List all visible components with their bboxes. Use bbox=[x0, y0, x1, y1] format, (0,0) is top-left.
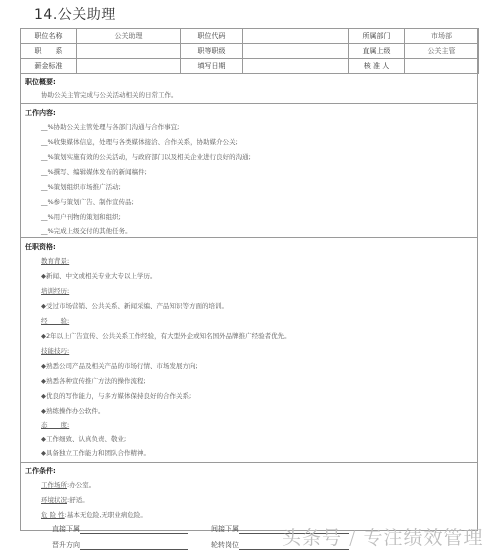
attitude-label: 态 度: bbox=[41, 420, 69, 429]
duty-item: __%完成上级交付的其他任务。 bbox=[41, 226, 132, 235]
promotion-blank[interactable] bbox=[80, 541, 188, 550]
header-row: 职位名称 公关助理 职位代码 所属部门 市场部 bbox=[21, 29, 479, 44]
label-position-code: 职位代码 bbox=[181, 29, 243, 44]
value-fill-date bbox=[243, 59, 349, 74]
env-label: 环境状况 bbox=[41, 496, 67, 504]
label-job-family: 职 系 bbox=[21, 44, 77, 59]
skill-item: ◆熟悉公司产品及相关产品的市场行情、市场发展方向; bbox=[41, 361, 198, 370]
header-table: 职位名称 公关助理 职位代码 所属部门 市场部 职 系 职等职级 直属上级 公关… bbox=[20, 28, 479, 74]
label-position-name: 职位名称 bbox=[21, 29, 77, 44]
label-department: 所属部门 bbox=[349, 29, 405, 44]
promotion-field: 晋升方向 bbox=[52, 540, 188, 550]
label-fill-date: 填写日期 bbox=[181, 59, 243, 74]
value-department: 市场部 bbox=[405, 29, 479, 44]
qualifications-section: 任职资格: 教育背景: ◆新闻、中文或相关专业大专以上学历。 培训经历: ◆受过… bbox=[21, 237, 477, 433]
danger-label: 危 险 性 bbox=[41, 511, 65, 519]
label-salary: 薪金标准 bbox=[21, 59, 77, 74]
promotion-label: 晋升方向 bbox=[52, 541, 80, 549]
value-supervisor: 公关主管 bbox=[405, 44, 479, 59]
value-position-code bbox=[243, 29, 349, 44]
indirect-subordinate-label: 间接下属 bbox=[211, 525, 239, 533]
duty-item: __%策划实施有效的公关活动，与政府部门以及相关企业进行良好的沟通; bbox=[41, 152, 251, 161]
direct-subordinate-field: 直接下属 bbox=[52, 524, 188, 534]
summary-section: 职位概要: 协助公关主管完成与公关活动相关的日常工作。 bbox=[21, 73, 477, 103]
education-label: 教育背景: bbox=[41, 256, 69, 265]
skill-item: ◆熟练操作办公软件。 bbox=[41, 406, 105, 415]
duty-item: __%策划组织市场推广活动; bbox=[41, 182, 121, 191]
value-grade bbox=[243, 44, 349, 59]
value-approver bbox=[405, 59, 479, 74]
place-label: 工作场所 bbox=[41, 481, 67, 489]
duty-item: __%用户刊物的策划和组织; bbox=[41, 212, 121, 221]
document-title: 14.公关助理 bbox=[34, 4, 116, 24]
education-text: ◆新闻、中文或相关专业大专以上学历。 bbox=[41, 271, 157, 280]
duty-item: __%收集媒体信息，处理与各类媒体接洽、合作关系，协助媒介公关; bbox=[41, 137, 238, 146]
experience-text: ◆2年以上广告宣传、公共关系工作经验，有大型外企或知名国外品牌推广经验者优先。 bbox=[41, 331, 291, 340]
condition-env: 环境状况:舒适。 bbox=[41, 495, 89, 504]
condition-place: 工作场所:办公室。 bbox=[41, 480, 95, 489]
training-text: ◆受过市场营销、公共关系、新闻采编、产品知识等方面的培训。 bbox=[41, 301, 228, 310]
experience-label: 经 验: bbox=[41, 316, 69, 325]
summary-title: 职位概要: bbox=[25, 77, 56, 87]
skill-item: ◆熟悉各种宣传推广方法的操作流程; bbox=[41, 376, 146, 385]
duty-item: __%协助公关主管处理与各部门沟通与合作事宜; bbox=[41, 122, 179, 131]
header-row: 职 系 职等职级 直属上级 公关主管 bbox=[21, 44, 479, 59]
danger-value: :基本无危险,无职业病危险。 bbox=[65, 511, 147, 519]
skill-item: ◆优良的写作能力，与多方媒体保持良好的合作关系; bbox=[41, 391, 191, 400]
value-job-family bbox=[77, 44, 181, 59]
conditions-title: 工作条件: bbox=[25, 466, 56, 476]
attitude-item: ◆工作细致、认真负责、敬业; bbox=[41, 434, 126, 443]
direct-subordinate-blank[interactable] bbox=[80, 525, 188, 534]
watermark: 头条号 / 专注绩效管理 bbox=[282, 523, 483, 550]
env-value: :舒适。 bbox=[67, 496, 89, 504]
header-row: 薪金标准 填写日期 核 准 人 bbox=[21, 59, 479, 74]
label-approver: 核 准 人 bbox=[349, 59, 405, 74]
duties-section: 工作内容: __%协助公关主管处理与各部门沟通与合作事宜; __%收集媒体信息，… bbox=[21, 103, 477, 232]
rotation-label: 轮转岗位 bbox=[211, 541, 239, 549]
conditions-section: 工作条件: 工作场所:办公室。 环境状况:舒适。 危 险 性:基本无危险,无职业… bbox=[21, 462, 477, 531]
attitude-item: ◆具备独立工作能力和团队合作精神。 bbox=[41, 448, 150, 457]
skills-label: 技能技巧: bbox=[41, 346, 69, 355]
value-position-name: 公关助理 bbox=[77, 29, 181, 44]
label-grade: 职等职级 bbox=[181, 44, 243, 59]
duty-item: __%参与策划广告、制作宣传品; bbox=[41, 197, 134, 206]
value-salary bbox=[77, 59, 181, 74]
place-value: :办公室。 bbox=[67, 481, 95, 489]
summary-text: 协助公关主管完成与公关活动相关的日常工作。 bbox=[41, 90, 178, 99]
qualifications-title: 任职资格: bbox=[25, 242, 56, 252]
training-label: 培训经历: bbox=[41, 286, 69, 295]
duties-title: 工作内容: bbox=[25, 108, 56, 118]
duty-item: __%撰写、编辑媒体发布的新闻稿件; bbox=[41, 167, 147, 176]
condition-danger: 危 险 性:基本无危险,无职业病危险。 bbox=[41, 510, 147, 519]
direct-subordinate-label: 直接下属 bbox=[52, 525, 80, 533]
label-supervisor: 直属上级 bbox=[349, 44, 405, 59]
